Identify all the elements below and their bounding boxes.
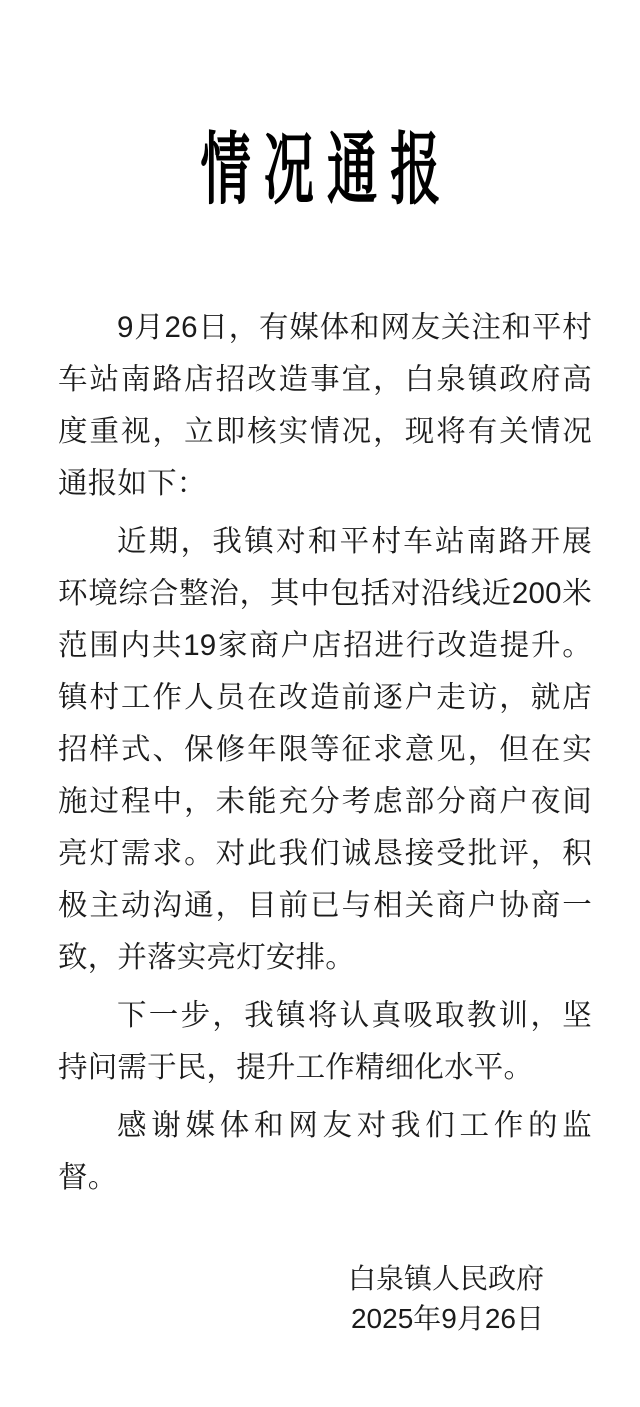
paragraph-thanks: 感谢媒体和网友对我们工作的监督。	[58, 1100, 592, 1204]
notice-title: 情况通报	[201, 124, 454, 214]
signature-issuer: 白泉镇人民政府	[348, 1259, 544, 1299]
paragraph-situation: 近期，我镇对和平村车站南路开展环境综合整治，其中包括对沿线近200米范围内共19…	[58, 516, 592, 984]
notice-body: 9月26日，有媒体和网友关注和平村车站南路店招改造事宜，白泉镇政府高度重视，立即…	[0, 302, 640, 1204]
paragraph-next-steps: 下一步，我镇将认真吸取教训，坚持问需于民，提升工作精细化水平。	[58, 990, 592, 1094]
signature-date: 2025年9月26日	[348, 1299, 544, 1339]
title-row: 情况通报	[0, 0, 640, 200]
paragraph-intro: 9月26日，有媒体和网友关注和平村车站南路店招改造事宜，白泉镇政府高度重视，立即…	[58, 302, 592, 510]
page: { "colors": { "background": "#ffffff", "…	[0, 0, 640, 1407]
signature-block: 白泉镇人民政府 2025年9月26日	[348, 1259, 544, 1339]
notice-document: 情况通报 9月26日，有媒体和网友关注和平村车站南路店招改造事宜，白泉镇政府高度…	[0, 0, 640, 1407]
